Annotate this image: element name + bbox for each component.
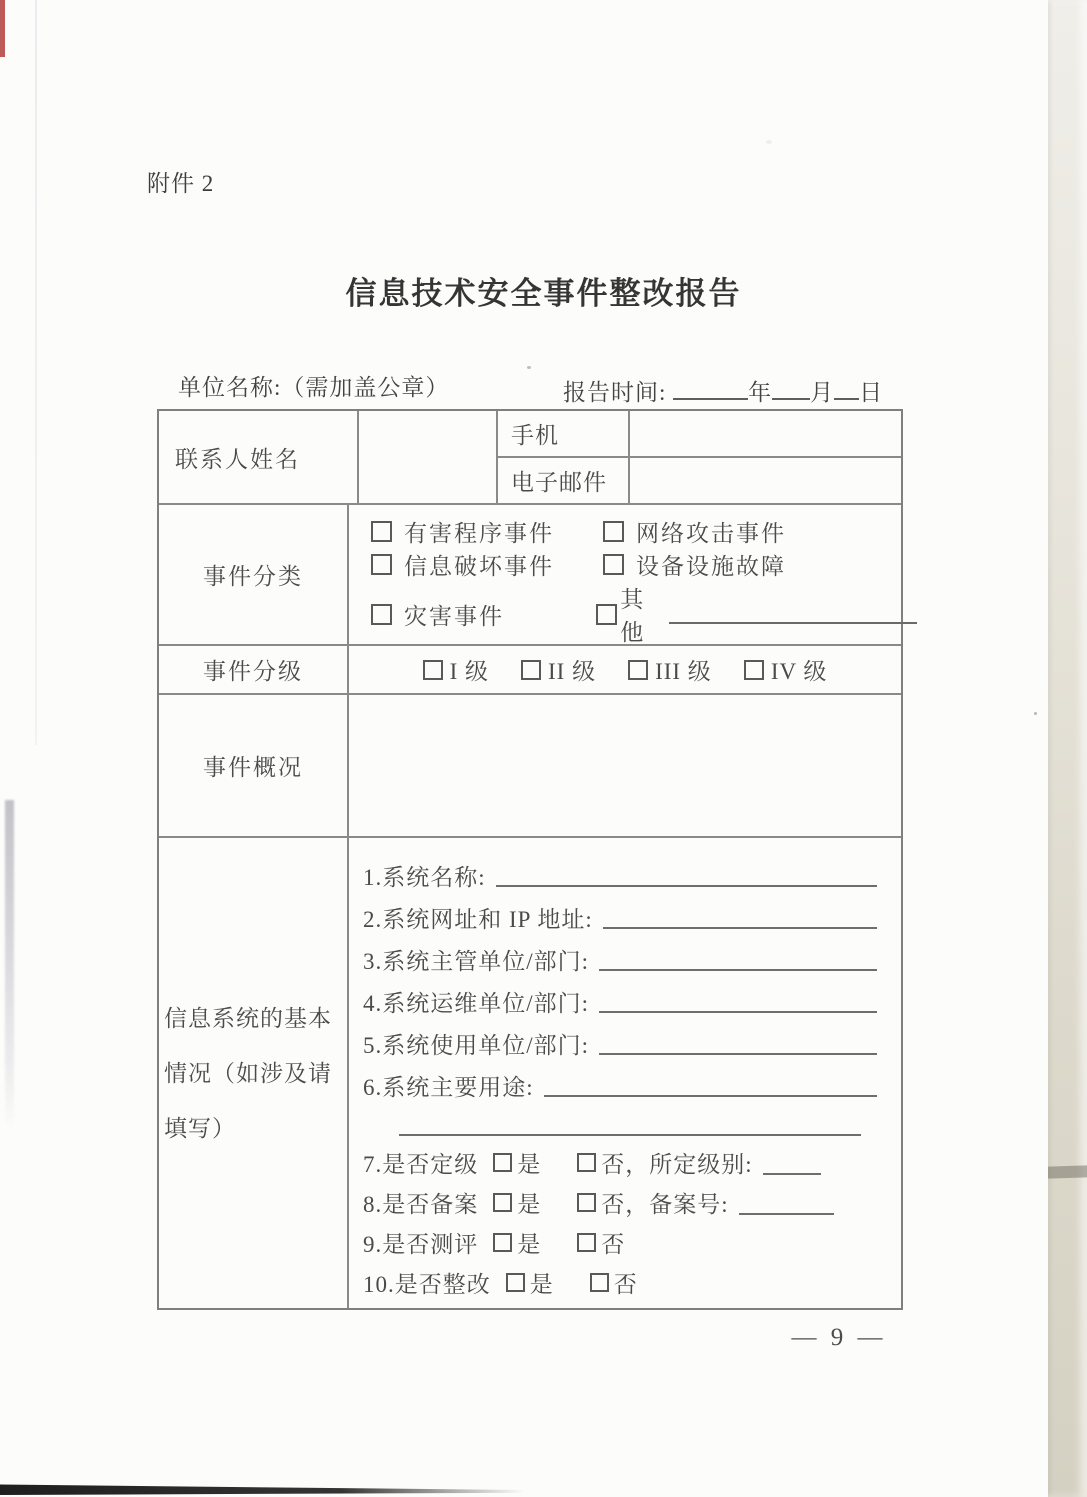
- option-label: I 级: [450, 653, 489, 686]
- scan-speck: [1034, 712, 1037, 715]
- question-rectified: 10.是否整改 是 否: [363, 1262, 877, 1302]
- field-blank-line: [399, 1134, 861, 1136]
- checkbox-network-attack-icon: [603, 521, 624, 542]
- unit-name-line: 单位名称:（需加盖公章）: [178, 369, 449, 402]
- contact-name-field: [359, 411, 498, 503]
- option-label: 其他: [620, 581, 669, 647]
- option-yes: 是: [506, 1266, 554, 1299]
- option-yes: 是: [493, 1186, 541, 1219]
- checkbox-no-icon: [577, 1193, 596, 1212]
- unit-name-label: 单位名称:: [178, 375, 281, 400]
- field-label: 2.系统网址和 IP 地址:: [363, 901, 593, 934]
- scan-crease-line: [35, 0, 37, 745]
- field-blank-line: [599, 969, 877, 971]
- info-system-label: 信息系统的基本 情况（如涉及请 填写）: [159, 838, 349, 1308]
- day-label: 日: [859, 380, 883, 405]
- scan-speck: [766, 140, 772, 144]
- scan-right-edge-band: [1048, 0, 1087, 1497]
- question-graded: 7.是否定级 是 否，所定级别:: [363, 1142, 877, 1182]
- info-system-label-line: 情况（如涉及请: [164, 1046, 332, 1101]
- option-no: 否: [577, 1226, 625, 1259]
- filing-number-blank-line: [739, 1197, 834, 1215]
- option-no: 否，所定级别:: [577, 1146, 752, 1179]
- option-label: 是: [517, 1146, 541, 1179]
- field-system-name: 1.系统名称:: [363, 850, 877, 892]
- field-label: 3.系统主管单位/部门:: [363, 943, 589, 976]
- scan-left-streak: [5, 800, 14, 1130]
- grade-blank-line: [763, 1157, 821, 1175]
- checkbox-grade-3-icon: [628, 660, 648, 680]
- checkbox-no-icon: [590, 1273, 609, 1292]
- option-equipment-failure: 设备设施故障: [603, 548, 786, 581]
- day-blank: [834, 379, 859, 400]
- checkbox-no-icon: [577, 1153, 596, 1172]
- field-label: 5.系统使用单位/部门:: [363, 1027, 589, 1060]
- option-label: 有害程序事件: [404, 515, 554, 548]
- scan-right-edge-streak: [1048, 1165, 1087, 1178]
- option-label: 否，所定级别:: [601, 1146, 752, 1179]
- info-system-row: 信息系统的基本 情况（如涉及请 填写） 1.系统名称: 2.系统网址和 IP 地…: [159, 836, 901, 1308]
- question-filed: 8.是否备案 是 否，备案号:: [363, 1182, 877, 1222]
- option-grade-4: IV 级: [744, 653, 828, 686]
- option-disaster: 灾害事件: [371, 598, 596, 631]
- question-label: 8.是否备案: [363, 1186, 478, 1219]
- report-time-line: 报告时间: 年月日: [563, 374, 883, 407]
- scanned-document-page: 附件 2 信息技术安全事件整改报告 单位名称:（需加盖公章） 报告时间: 年月日…: [0, 0, 1087, 1497]
- overview-label: 事件概况: [159, 695, 349, 836]
- info-system-label-line: 信息系统的基本: [164, 991, 332, 1046]
- info-system-fields: 1.系统名称: 2.系统网址和 IP 地址: 3.系统主管单位/部门: 4.系统…: [349, 838, 901, 1308]
- classification-row: 事件分类 有害程序事件 网络攻击事件 信息破坏事件 设备设施故障 灾害事件 其他: [159, 503, 901, 644]
- option-label: 否，备案号:: [601, 1186, 728, 1219]
- option-label: 灾害事件: [404, 598, 504, 631]
- classification-label: 事件分类: [159, 505, 349, 644]
- question-label: 9.是否测评: [363, 1226, 478, 1259]
- field-blank-line: [603, 927, 877, 929]
- field-using-unit: 5.系统使用单位/部门:: [363, 1018, 877, 1060]
- checkbox-grade-4-icon: [744, 660, 764, 680]
- option-label: 网络攻击事件: [636, 515, 786, 548]
- grading-options: I 级 II 级 III 级 IV 级: [349, 646, 901, 693]
- month-blank: [772, 379, 810, 400]
- info-system-label-line: 填写）: [164, 1101, 236, 1156]
- classification-option-row: 有害程序事件 网络攻击事件: [371, 515, 901, 548]
- field-label: 6.系统主要用途:: [363, 1069, 534, 1102]
- year-label: 年: [748, 380, 772, 405]
- option-label: 信息破坏事件: [404, 548, 554, 581]
- scan-red-edge-mark: [0, 0, 5, 57]
- unit-name-note: （需加盖公章）: [281, 375, 449, 400]
- option-label: 是: [517, 1226, 541, 1259]
- field-label: 1.系统名称:: [363, 859, 486, 892]
- phone-field: [630, 411, 901, 456]
- overview-field: [349, 695, 901, 836]
- field-blank-line: [496, 885, 877, 887]
- option-grade-3: III 级: [628, 653, 712, 686]
- field-continuation-line: [363, 1102, 877, 1142]
- other-blank-line: [669, 604, 917, 624]
- field-system-url-ip: 2.系统网址和 IP 地址:: [363, 892, 877, 934]
- option-label: 是: [530, 1266, 554, 1299]
- scan-speck: [527, 366, 531, 369]
- attachment-label: 附件 2: [147, 165, 214, 198]
- field-main-purpose: 6.系统主要用途:: [363, 1060, 877, 1102]
- checkbox-equipment-failure-icon: [603, 554, 624, 575]
- question-evaluated: 9.是否测评 是 否: [363, 1222, 877, 1262]
- option-grade-1: I 级: [423, 653, 489, 686]
- option-yes: 是: [493, 1146, 541, 1179]
- field-blank-line: [544, 1095, 877, 1097]
- phone-label: 手机: [498, 411, 630, 456]
- option-info-destruction: 信息破坏事件: [371, 548, 603, 581]
- checkbox-other-icon: [596, 604, 617, 625]
- field-blank-line: [599, 1011, 877, 1013]
- question-label: 7.是否定级: [363, 1146, 478, 1179]
- report-form-table: 联系人姓名 手机 电子邮件 事件分类 有害程序事件 网络攻击事件: [157, 409, 903, 1310]
- option-yes: 是: [493, 1226, 541, 1259]
- field-label: 4.系统运维单位/部门:: [363, 985, 589, 1018]
- option-label: 否: [614, 1266, 638, 1299]
- option-label: 是: [517, 1186, 541, 1219]
- option-other: 其他: [596, 581, 901, 647]
- email-subrow: 电子邮件: [498, 456, 901, 503]
- checkbox-disaster-icon: [371, 604, 392, 625]
- classification-option-row: 信息破坏事件 设备设施故障: [371, 548, 901, 581]
- field-blank-line: [599, 1053, 877, 1055]
- option-no: 否，备案号:: [577, 1186, 728, 1219]
- document-title: 信息技术安全事件整改报告: [0, 268, 1087, 313]
- option-grade-2: II 级: [521, 653, 596, 686]
- overview-row: 事件概况: [159, 693, 901, 836]
- checkbox-harmful-program-icon: [371, 521, 392, 542]
- report-time-label: 报告时间:: [563, 380, 666, 405]
- option-harmful-program: 有害程序事件: [371, 515, 603, 548]
- page-number: — 9 —: [778, 1324, 900, 1352]
- checkbox-no-icon: [577, 1233, 596, 1252]
- classification-options: 有害程序事件 网络攻击事件 信息破坏事件 设备设施故障 灾害事件 其他: [349, 505, 901, 644]
- email-label: 电子邮件: [498, 458, 630, 503]
- option-label: IV 级: [771, 653, 828, 686]
- grading-row: 事件分级 I 级 II 级 III 级 IV 级: [159, 644, 901, 693]
- option-network-attack: 网络攻击事件: [603, 515, 786, 548]
- grading-label: 事件分级: [159, 646, 349, 693]
- year-blank: [673, 379, 748, 400]
- checkbox-grade-1-icon: [423, 660, 443, 680]
- checkbox-yes-icon: [493, 1233, 512, 1252]
- checkbox-info-destruction-icon: [371, 554, 392, 575]
- option-no: 否: [590, 1266, 638, 1299]
- option-label: III 级: [655, 653, 712, 686]
- option-label: 否: [601, 1226, 625, 1259]
- checkbox-yes-icon: [493, 1193, 512, 1212]
- question-label: 10.是否整改: [363, 1266, 491, 1299]
- checkbox-yes-icon: [493, 1153, 512, 1172]
- option-label: II 级: [548, 653, 596, 686]
- email-field: [630, 458, 901, 503]
- phone-subrow: 手机: [498, 411, 901, 456]
- month-label: 月: [810, 380, 834, 405]
- option-label: 设备设施故障: [636, 548, 786, 581]
- contact-name-label: 联系人姓名: [159, 411, 359, 503]
- field-supervising-unit: 3.系统主管单位/部门:: [363, 934, 877, 976]
- classification-option-row: 灾害事件 其他: [371, 581, 901, 647]
- checkbox-yes-icon: [506, 1273, 525, 1292]
- field-operating-unit: 4.系统运维单位/部门:: [363, 976, 877, 1018]
- contact-right-block: 手机 电子邮件: [498, 411, 901, 503]
- checkbox-grade-2-icon: [521, 660, 541, 680]
- scan-bottom-shadow: [0, 1484, 525, 1495]
- contact-row: 联系人姓名 手机 电子邮件: [159, 411, 901, 503]
